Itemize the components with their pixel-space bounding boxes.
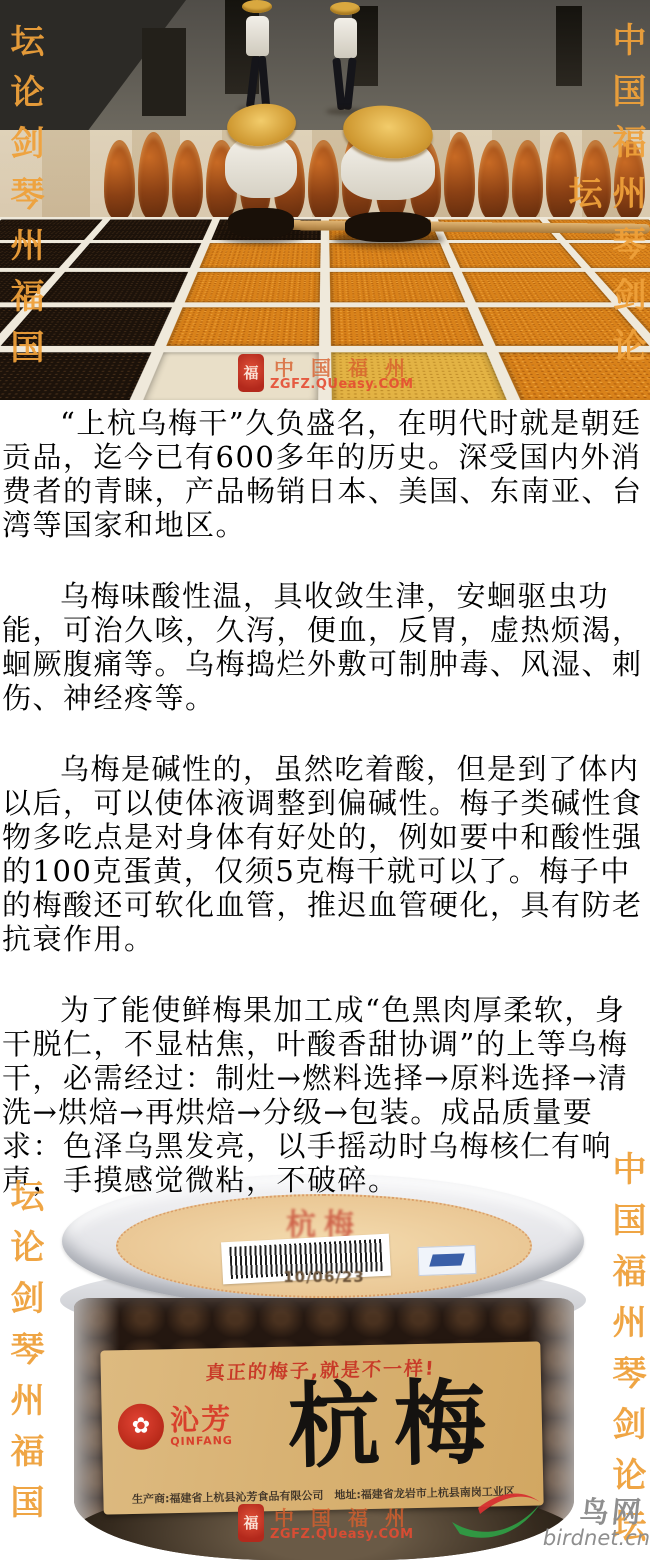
drying-tray [69,243,201,268]
squatting-worker [218,104,304,244]
watermark-site-url: ZGFZ.QUeasy.COM [270,377,414,392]
drying-tray [199,243,320,268]
seal-stamp-icon: 福 [238,1504,264,1542]
lid-label: 杭梅 10/06/23 [116,1194,532,1298]
clay-jar [444,132,475,220]
product-name: 杭梅 [251,1370,537,1480]
window [556,6,582,86]
brand-name-en: QINFANG [170,1433,233,1447]
worker-shirt [334,18,357,58]
clay-jar [478,140,509,220]
drying-tray [462,272,611,302]
birdnet-url: birdnet.cn [543,1526,650,1550]
paragraph-process: 为了能使鲜梅果加工成“色黑肉厚柔软，身干脱仁，不显枯焦，叶酸香甜协调”的上等乌梅… [2,993,646,1197]
straw-hat-icon [330,2,360,15]
worker-legs [326,58,364,110]
clay-jar [512,140,543,220]
clay-jar [172,140,203,220]
paragraph-alkaline: 乌梅是碱性的，虽然吃着酸，但是到了体内以后，可以使体液调整到偏碱性。梅子类碱性食… [2,752,646,956]
paragraph-medicinal: 乌梅味酸性温，具收敛生津，安蛔驱虫功能，可治久咳，久泻，便血，反胃，虚热烦渴，蛔… [2,579,646,715]
clay-jar [138,132,169,220]
drying-tray [330,307,484,346]
squatting-worker [332,106,444,248]
worker-shirt [246,16,269,56]
worker-legs [228,208,293,238]
walking-worker [326,2,364,115]
drying-tray [449,243,581,268]
worker-legs [238,56,276,108]
watermark-column-top-right: 中国福州琴剑论坛 [604,0,648,400]
walking-worker [238,0,276,113]
watermark-column-top-left: 坛论剑琴州福国中 [2,2,46,400]
brand-name: 沁芳 [169,1403,232,1434]
drying-tray [330,272,466,302]
birdnet-logo: 鸟网 birdnet.cn [448,1482,650,1560]
drying-tray [166,307,320,346]
forum-post-image: 坛论剑琴州福国中 中国福州琴剑论坛 福 中国福州 ZGFZ.QUeasy.COM… [0,0,650,1560]
drying-tray [185,272,321,302]
paragraph-history: “上杭乌梅干”久负盛名，在明代时就是朝廷贡品，迄今已有600多年的历史。深受国内… [2,406,646,542]
birdnet-name: 鸟网 [578,1490,646,1531]
straw-hat-icon [242,0,272,13]
watermark-site-url: ZGFZ.QUeasy.COM [270,1527,414,1542]
drying-yard-photo: 坛论剑琴州福国中 中国福州琴剑论坛 福 中国福州 ZGFZ.QUeasy.COM [0,0,650,400]
brand-block: ✿ 沁芳 QINFANG [117,1402,248,1451]
worker-legs [345,212,430,242]
article-body: “上杭乌梅干”久负盛名，在明代时就是朝廷贡品，迄今已有600多年的历史。深受国内… [0,406,650,1197]
drying-tray [93,220,212,240]
clay-jar [104,140,135,220]
doorway [142,28,186,116]
lid-date: 10/06/23 [118,1268,530,1286]
brand-flower-icon: ✿ [117,1403,164,1450]
seal-stamp-icon: 福 [238,354,264,392]
watermark-column-bottom-left: 坛论剑琴州福国中 [2,1154,46,1558]
site-watermark: 福 中国福州 ZGFZ.QUeasy.COM [238,1502,438,1548]
site-watermark: 福 中国福州 ZGFZ.QUeasy.COM [238,352,438,398]
drying-tray [39,272,188,302]
